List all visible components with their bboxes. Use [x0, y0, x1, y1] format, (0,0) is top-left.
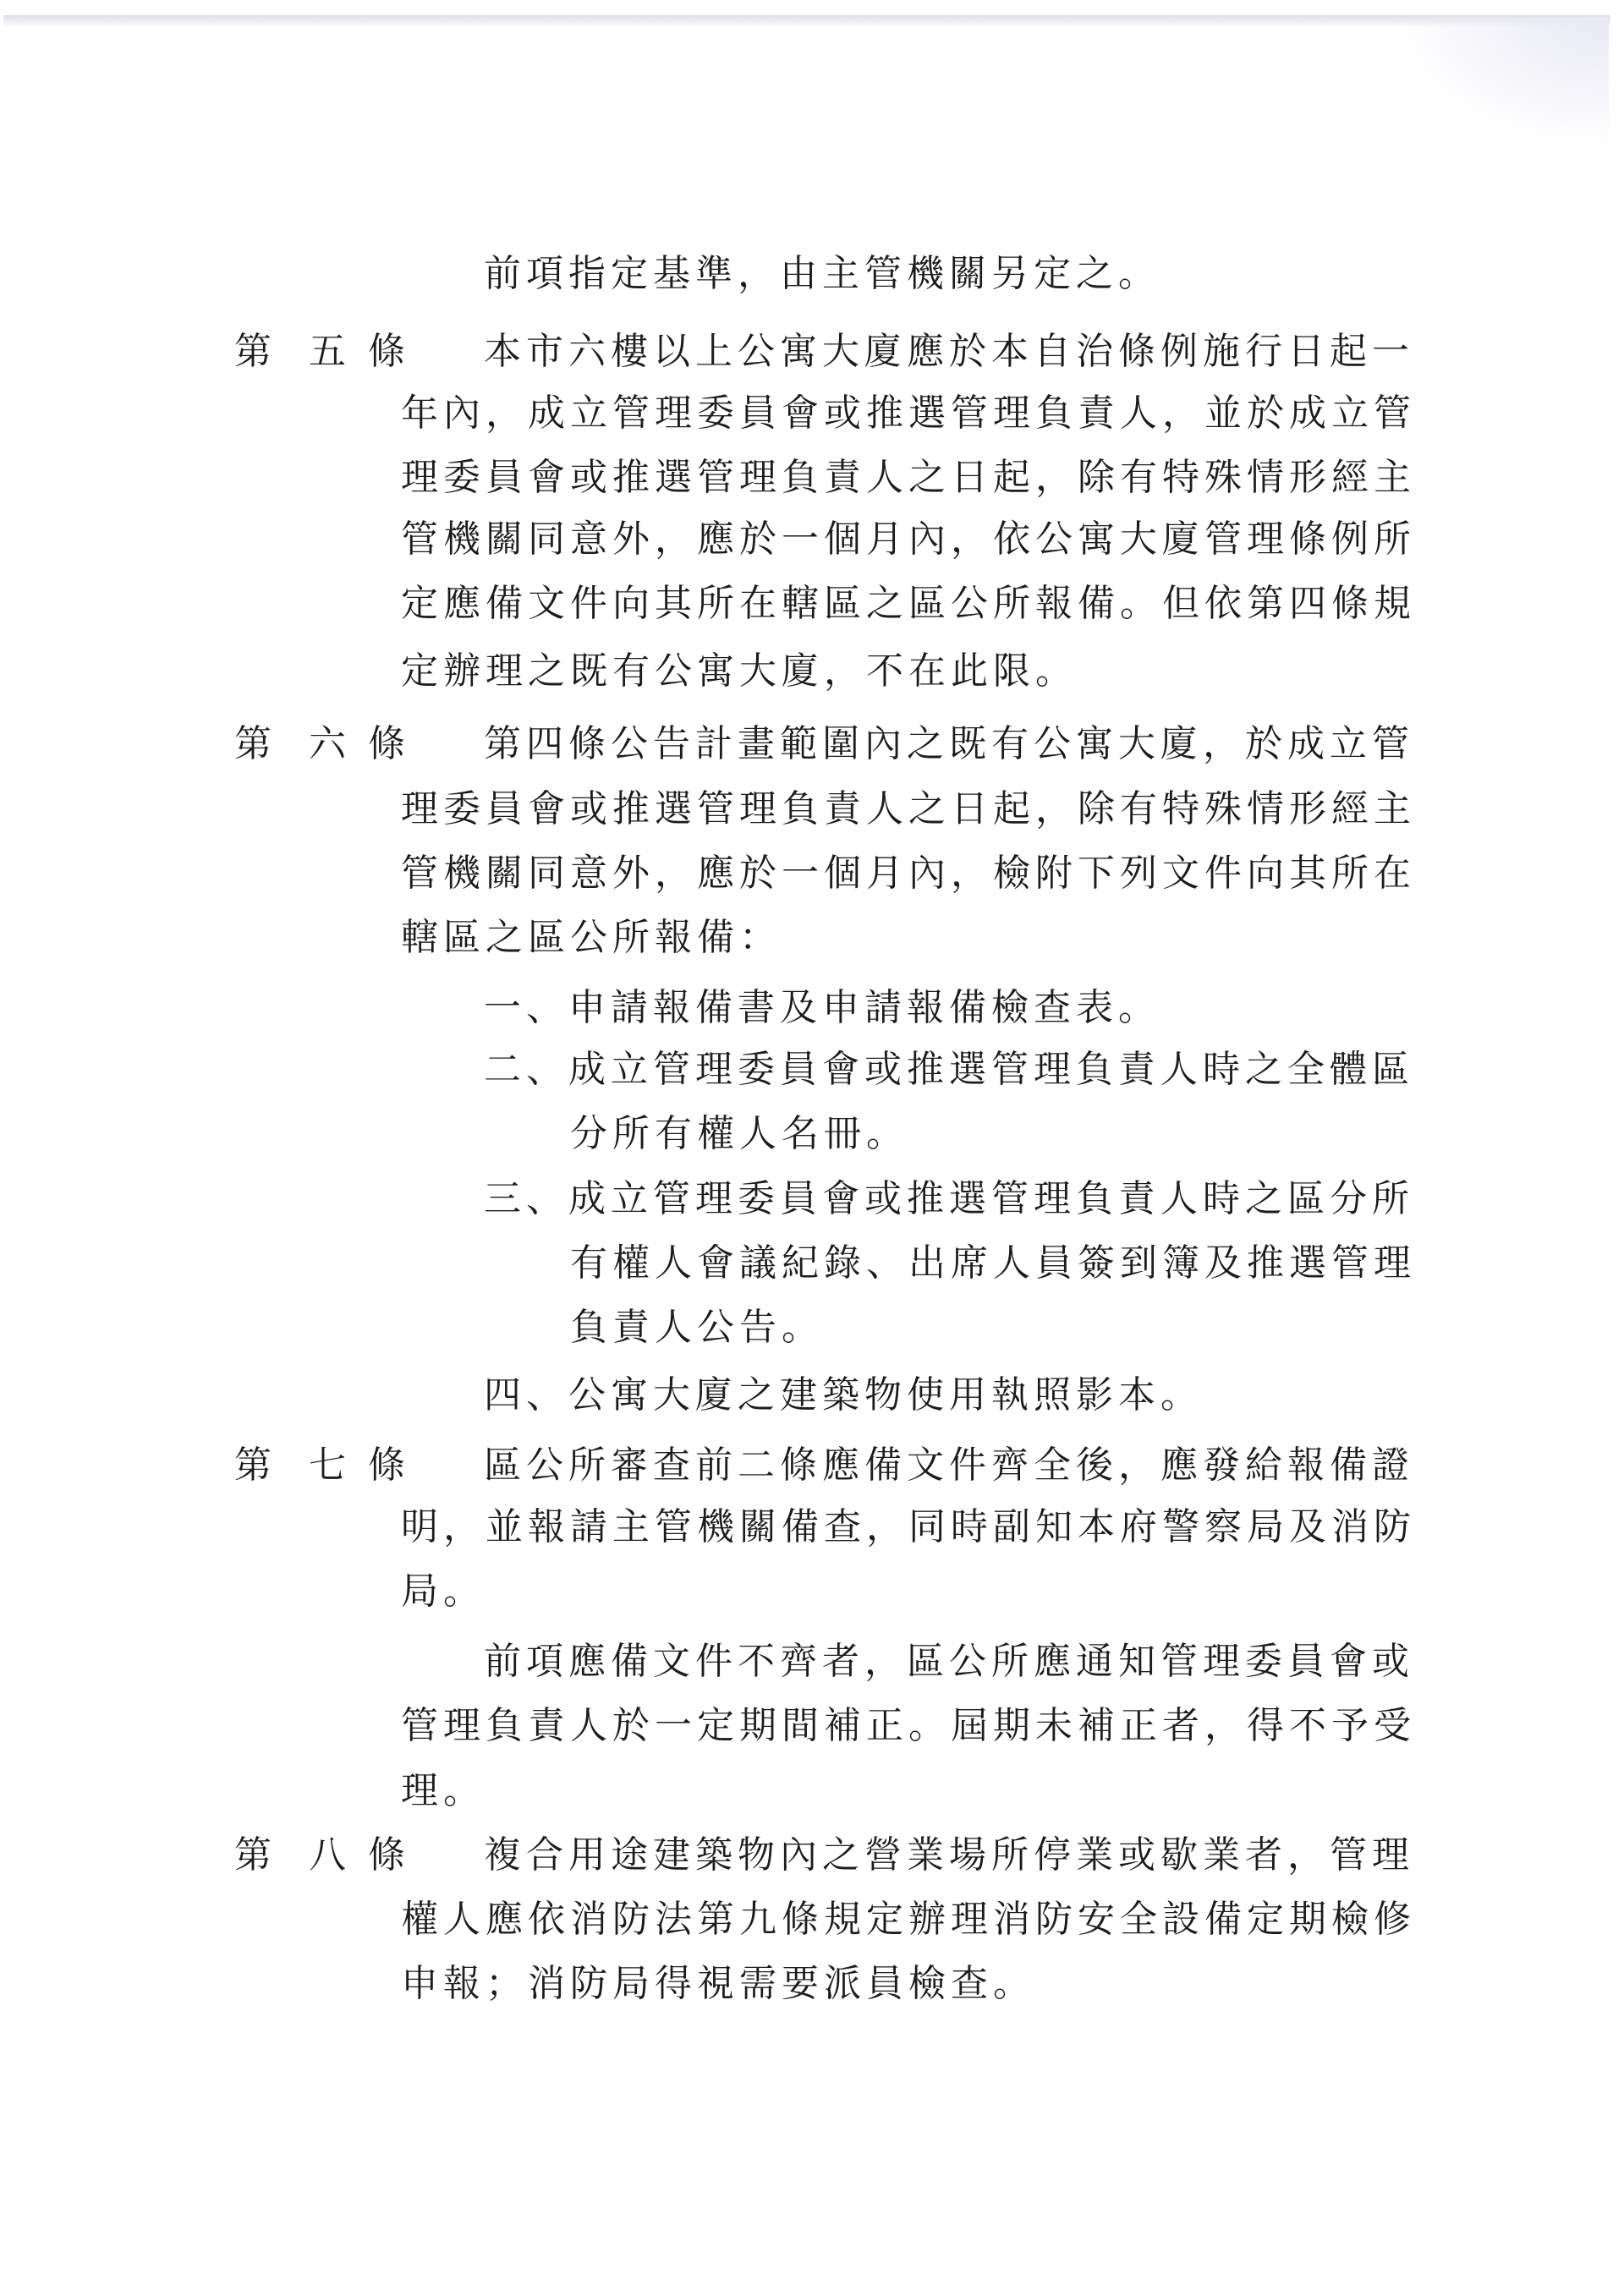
article-7-line: 理。: [401, 1766, 486, 1817]
article-7-line: 前項應備文件不齊者，區公所應通知管理委員會或: [484, 1636, 1414, 1687]
article-label-char: 第: [234, 1830, 272, 1881]
article-label-char: 七: [309, 1440, 346, 1491]
list-item-2-continuation: 分所有權人名冊。: [570, 1109, 908, 1159]
list-item-4: 四、公寓大廈之建築物使用執照影本。: [484, 1370, 1203, 1421]
article-5-line: 本市六樓以上公寓大廈應於本自治條例施行日起一: [484, 326, 1414, 377]
article-label-char: 六: [309, 719, 346, 770]
article-label-char: 第: [234, 1440, 272, 1491]
article-label-char: 第: [234, 326, 272, 377]
article-7-line: 局。: [401, 1566, 486, 1617]
article-6-line: 第四條公告計畫範圍內之既有公寓大廈，於成立管: [484, 719, 1414, 770]
article-6-line: 轄區之區公所報備：: [401, 912, 782, 963]
article-label-char: 條: [368, 719, 405, 770]
article-label-char: 五: [309, 326, 346, 377]
article-6-line: 理委員會或推選管理負責人之日起，除有特殊情形經主: [401, 784, 1416, 835]
document-page: 前項指定基準，由主管機關另定之。 第 五 條 本市六樓以上公寓大廈應於本自治條例…: [0, 0, 1624, 2296]
article-label-char: 第: [234, 719, 272, 770]
article-label-char: 條: [368, 1830, 405, 1881]
list-item-3: 三、成立管理委員會或推選管理負責人時之區分所: [484, 1174, 1414, 1225]
list-item-3-continuation: 有權人會議紀錄、出席人員簽到簿及推選管理: [570, 1238, 1416, 1289]
article-7-line: 明，並報請主管機關備查，同時副知本府警察局及消防: [401, 1502, 1416, 1553]
article-8-line: 複合用途建築物內之營業場所停業或歇業者，管理: [484, 1830, 1414, 1881]
article-6-line: 管機關同意外，應於一個月內，檢附下列文件向其所在: [401, 848, 1416, 899]
article-8-line: 申報；消防局得視需要派員檢查。: [401, 1959, 1035, 2009]
list-item-1: 一、申請報備書及申請報備檢查表。: [484, 983, 1160, 1033]
article-5-line: 管機關同意外，應於一個月內，依公寓大廈管理條例所: [401, 514, 1416, 565]
article-label-char: 條: [368, 1440, 405, 1491]
article-5-line: 年內，成立管理委員會或推選管理負責人，並於成立管: [401, 388, 1416, 439]
article-5-line: 理委員會或推選管理負責人之日起，除有特殊情形經主: [401, 452, 1416, 503]
article-7-line: 管理負責人於一定期間補正。屆期未補正者，得不予受: [401, 1701, 1416, 1751]
article-5-line: 定應備文件向其所在轄區之區公所報備。但依第四條規: [401, 578, 1416, 629]
article-8-line: 權人應依消防法第九條規定辦理消防安全設備定期檢修: [401, 1894, 1416, 1945]
list-item-3-continuation: 負責人公告。: [570, 1302, 824, 1353]
article-5-line: 定辦理之既有公寓大廈，不在此限。: [401, 646, 1078, 697]
paragraph-line: 前項指定基準，由主管機關另定之。: [484, 249, 1160, 299]
list-item-2: 二、成立管理委員會或推選管理負責人時之全體區: [484, 1044, 1414, 1095]
article-7-line: 區公所審查前二條應備文件齊全後，應發給報備證: [484, 1440, 1414, 1491]
article-label-char: 條: [368, 326, 405, 377]
article-label-char: 八: [309, 1830, 346, 1881]
